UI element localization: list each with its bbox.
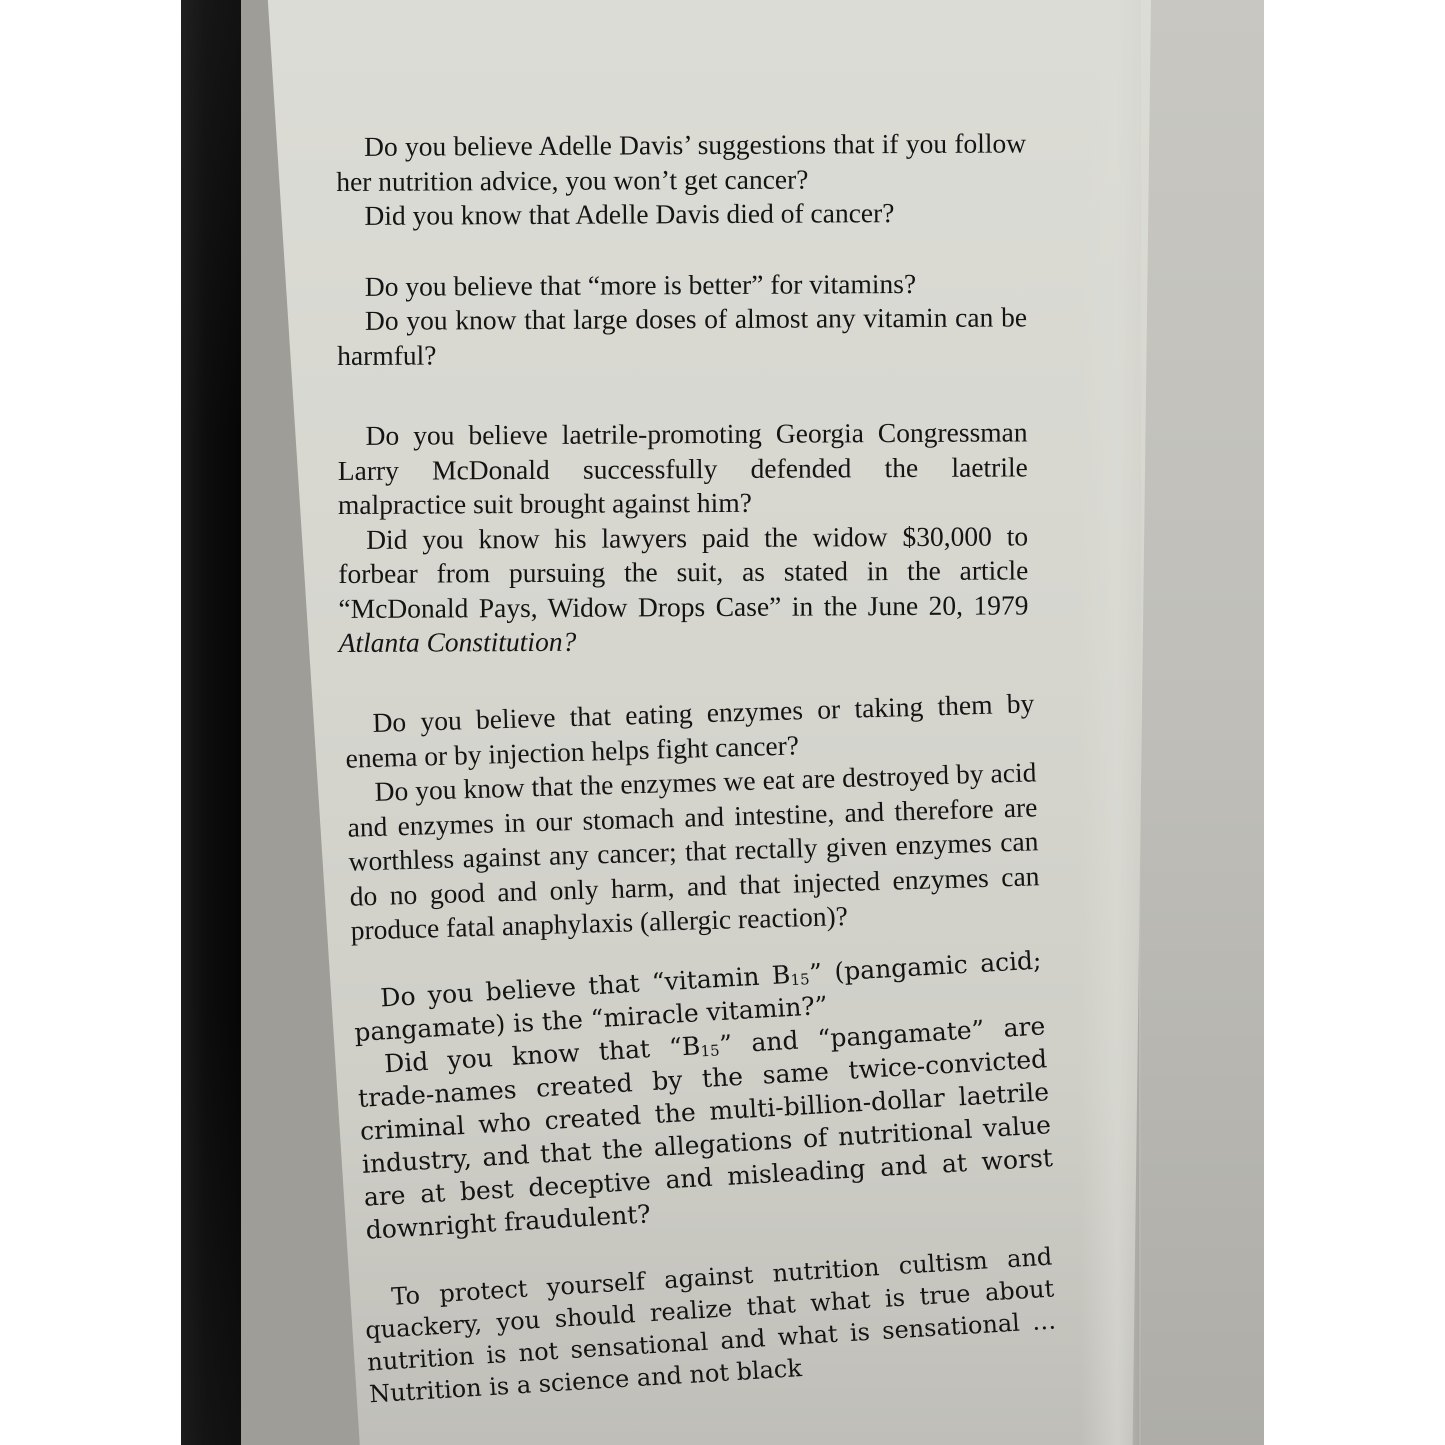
newspaper-title: Atlanta Constitution?	[339, 626, 577, 658]
subscript: 15	[700, 1041, 720, 1060]
section-b15: Do you believe that “vitamin B15” (panga…	[352, 943, 1056, 1246]
closing-paragraph: To protect yourself against nutrition cu…	[362, 1241, 1059, 1411]
fact-paragraph: Did you know his lawyers paid the widow …	[338, 519, 1029, 661]
belief-paragraph: Do you believe laetrile-promoting Georgi…	[338, 415, 1029, 522]
flap-text: Do you believe Adelle Davis’ suggestions…	[336, 126, 1033, 1445]
fact-paragraph: Do you know that the enzymes we eat are …	[346, 755, 1041, 948]
belief-paragraph: Do you believe that “more is better” for…	[337, 266, 1027, 304]
fact-paragraph: Do you know that large doses of almost a…	[337, 300, 1027, 373]
fact-paragraph: Did you know that Adelle Davis died of c…	[336, 195, 1026, 233]
flap-fold	[1081, 0, 1141, 1445]
book-photo: Do you believe Adelle Davis’ suggestions…	[181, 0, 1264, 1445]
section-closing: To protect yourself against nutrition cu…	[362, 1241, 1059, 1411]
section-mcdonald: Do you believe laetrile-promoting Georgi…	[338, 415, 1029, 660]
fact-text: Did you know his lawyers paid the widow …	[338, 520, 1028, 624]
section-vitamins: Do you believe that “more is better” for…	[337, 266, 1028, 373]
belief-paragraph: Do you believe Adelle Davis’ suggestions…	[336, 126, 1026, 199]
fact-paragraph: Did you know that “B15” and “pangamate” …	[355, 1009, 1055, 1246]
subscript: 15	[790, 970, 810, 989]
section-adelle-davis: Do you believe Adelle Davis’ suggestions…	[336, 126, 1027, 233]
spine-shadow	[181, 0, 241, 1445]
section-enzymes: Do you believe that eating enzymes or ta…	[344, 686, 1041, 948]
cover-edge	[1139, 0, 1264, 1445]
